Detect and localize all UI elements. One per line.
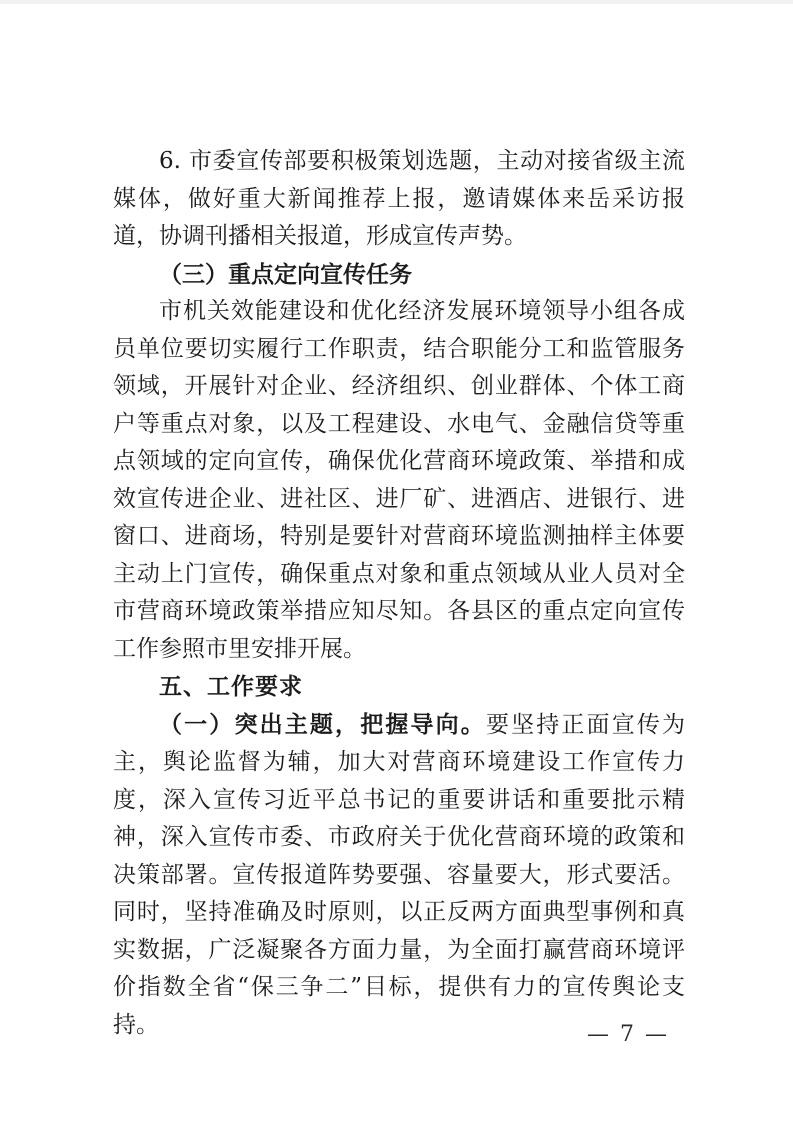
paragraph-media-liaison: 6. 市委宣传部要积极策划选题，主动对接省级主流媒体，做好重大新闻推荐上报，邀请… — [113, 143, 685, 256]
section-heading-targeted-publicity: （三）重点定向宣传任务 — [113, 256, 685, 294]
scan-edge-artifact — [0, 0, 793, 4]
document-page: 6. 市委宣传部要积极策划选题，主动对接省级主流媒体，做好重大新闻推荐上报，邀请… — [0, 0, 793, 1122]
paragraph-targeted-publicity-detail: 市机关效能建设和优化经济发展环境领导小组各成员单位要切实履行工作职责，结合职能分… — [113, 293, 685, 668]
paragraph-highlight-theme-text: 要坚持正面宣传为主，舆论监督为辅，加大对营商环境建设工作宣传力度，深入宣传习近平… — [113, 712, 685, 1038]
section-heading-work-requirements: 五、工作要求 — [113, 668, 685, 706]
page-number: — 7 — — [587, 1022, 669, 1047]
paragraph-highlight-theme: （一）突出主题，把握导向。要坚持正面宣传为主，舆论监督为辅，加大对营商环境建设工… — [113, 706, 685, 1045]
document-body: 6. 市委宣传部要积极策划选题，主动对接省级主流媒体，做好重大新闻推荐上报，邀请… — [113, 143, 685, 1044]
subheading-highlight-theme: （一）突出主题，把握导向。 — [159, 711, 486, 738]
